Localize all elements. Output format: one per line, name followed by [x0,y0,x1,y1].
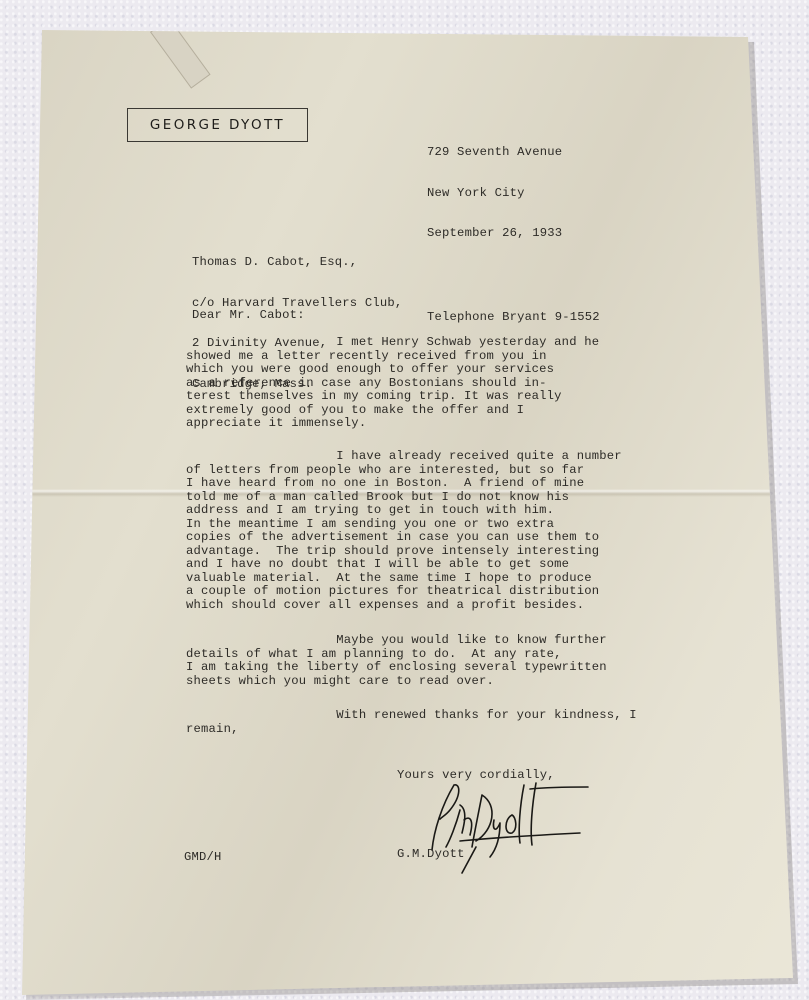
body-line: advantage. The trip should prove intense… [186,545,622,559]
body-line: address and I am trying to get in touch … [186,504,622,518]
sender-address-line1: 729 Seventh Avenue [427,146,600,160]
sender-block: 729 Seventh Avenue New York City Septemb… [427,119,600,351]
recipient-line1: Thomas D. Cabot, Esq., [192,256,402,270]
letterhead-name: GEORGE DYOTT [150,117,285,133]
body-paragraph: I met Henry Schwab yesterday and heshowe… [186,336,599,431]
letterhead: GEORGE DYOTT [127,108,308,142]
body-line: With renewed thanks for your kindness, I [186,709,637,723]
letter-sheet: GEORGE DYOTT 729 Seventh Avenue New York… [0,0,809,1000]
body-line: I met Henry Schwab yesterday and he [186,336,599,350]
body-line: told me of a man called Brook but I do n… [186,491,622,505]
typed-signature-name: G.M.Dyott [397,848,465,862]
sender-address-line2: New York City [427,187,600,201]
body-line: appreciate it immensely. [186,417,599,431]
body-line: valuable material. At the same time I ho… [186,572,622,586]
body-line: which should cover all expenses and a pr… [186,599,622,613]
body-line: sheets which you might care to read over… [186,675,607,689]
sender-telephone: Telephone Bryant 9-1552 [427,311,600,325]
body-line: a couple of motion pictures for theatric… [186,585,622,599]
salutation: Dear Mr. Cabot: [192,309,305,323]
body-line: terest themselves in my coming trip. It … [186,390,599,404]
body-line: as a reference in case any Bostonians sh… [186,377,599,391]
reference-initials: GMD/H [184,851,222,865]
body-line: which you were good enough to offer your… [186,363,599,377]
body-line: and I have no doubt that I will be able … [186,558,622,572]
body-line: In the meantime I am sending you one or … [186,518,622,532]
body-line: copies of the advertisement in case you … [186,531,622,545]
body-line: I have already received quite a number [186,450,622,464]
body-paragraph: I have already received quite a numberof… [186,450,622,612]
body-line: I am taking the liberty of enclosing sev… [186,661,607,675]
body-line: details of what I am planning to do. At … [186,648,607,662]
body-paragraph: Maybe you would like to know furtherdeta… [186,634,607,688]
body-paragraph: With renewed thanks for your kindness, I… [186,709,637,736]
body-line: I have heard from no one in Boston. A fr… [186,477,622,491]
body-line: showed me a letter recently received fro… [186,350,599,364]
body-line: extremely good of you to make the offer … [186,404,599,418]
body-line: Maybe you would like to know further [186,634,607,648]
letter-date: September 26, 1933 [427,227,600,241]
tape-strip [150,18,211,89]
body-line: of letters from people who are intereste… [186,464,622,478]
body-line: remain, [186,723,637,737]
